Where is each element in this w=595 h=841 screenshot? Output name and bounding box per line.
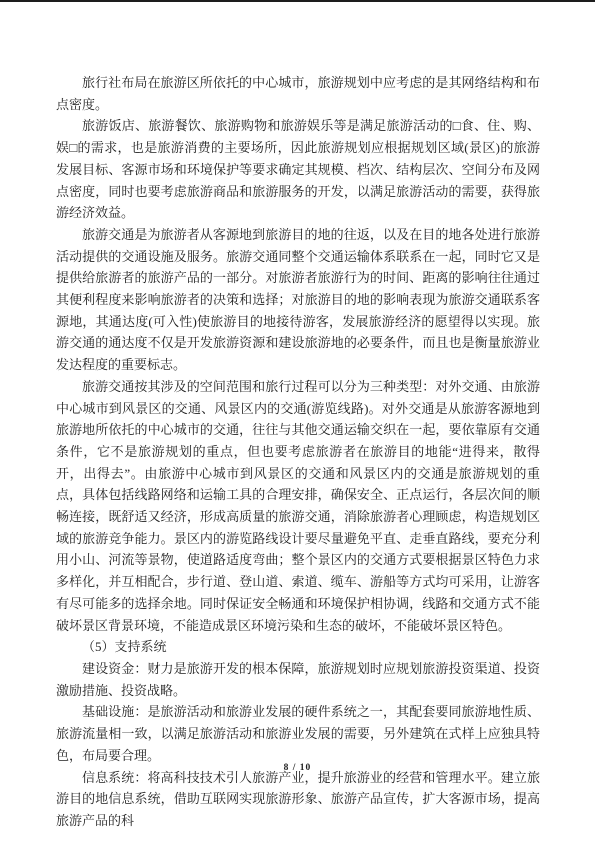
page-number: 8 / 10 bbox=[0, 763, 595, 773]
body-paragraph: 旅游交通按其涉及的空间范围和旅行过程可以分为三种类型：对外交通、由旅游中心城市到… bbox=[56, 376, 540, 636]
section-heading-support-systems: （5）支持系统 bbox=[56, 636, 540, 658]
body-paragraph: 基础设施：是旅游活动和旅游业发展的硬件系统之一，其配套要同旅游地性质、旅游流量相… bbox=[56, 701, 540, 766]
body-paragraph: 旅游饭店、旅游餐饮、旅游购物和旅游娱乐等是满足旅游活动的□食、住、购、娱□的需求… bbox=[56, 115, 540, 224]
document-page: 旅行社布局在旅游区所依托的中心城市，旅游规划中应考虑的是其网络结构和布点密度。 … bbox=[0, 0, 595, 841]
body-paragraph: 旅行社布局在旅游区所依托的中心城市，旅游规划中应考虑的是其网络结构和布点密度。 bbox=[56, 72, 540, 115]
body-paragraph: 信息系统：将高科技技术引人旅游产业，提升旅游业的经营和管理水平。建立旅游目的地信… bbox=[56, 767, 540, 832]
body-paragraph: 建设资金：财力是旅游开发的根本保障，旅游规划时应规划旅游投资渠道、投资激励措施、… bbox=[56, 658, 540, 701]
body-paragraph: 旅游交通是为旅游者从客源地到旅游目的地的往返，以及在目的地各处进行旅游活动提供的… bbox=[56, 224, 540, 376]
page-content: 旅行社布局在旅游区所依托的中心城市，旅游规划中应考虑的是其网络结构和布点密度。 … bbox=[56, 72, 540, 832]
